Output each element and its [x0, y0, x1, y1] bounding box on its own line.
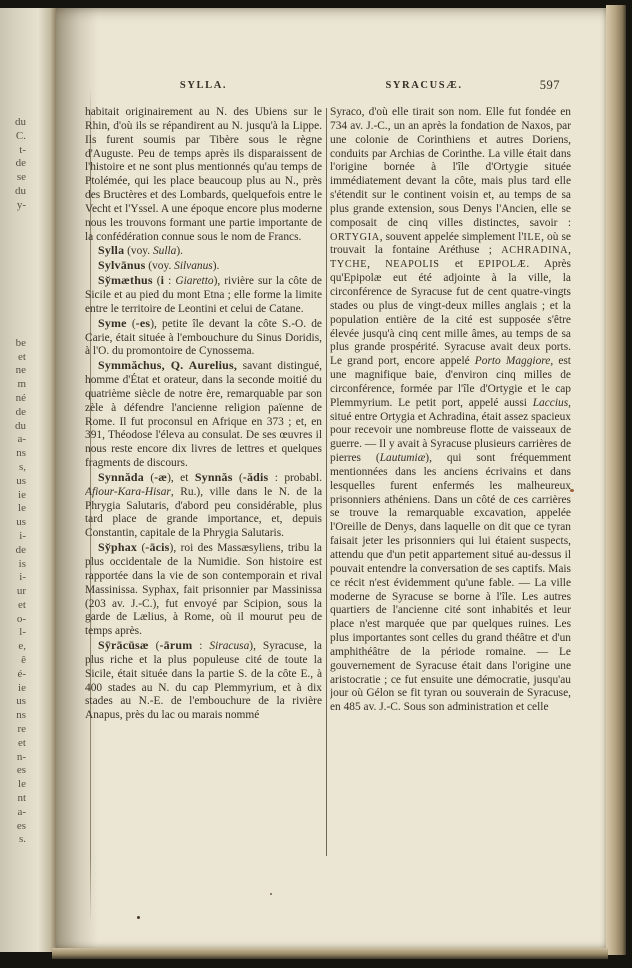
cut-off-text-fragment: de — [0, 157, 26, 171]
page-header: SYLLA. SYRACUSÆ. 597 — [85, 80, 572, 96]
paragraph: Sȳrācūsæ (-ārum : Siracusa), Syracuse, l… — [85, 639, 322, 723]
cut-off-text-fragment: re — [0, 723, 26, 737]
cut-off-text-fragment — [0, 213, 26, 227]
cut-off-text-fragment: le — [0, 778, 26, 792]
cut-off-text-fragment: i- — [0, 571, 26, 585]
previous-page-edge: duC.t-deseduy- beetnemnédedua-nss,usiele… — [0, 8, 56, 952]
cut-off-text-fragment: be — [0, 337, 26, 351]
cut-off-text-fragment: l- — [0, 626, 26, 640]
cut-off-text-fragment: y- — [0, 199, 26, 213]
cut-off-text-fragment: de — [0, 544, 26, 558]
page-number: 597 — [540, 78, 560, 93]
cut-off-text-fragment: t- — [0, 144, 26, 158]
cut-off-text-fragment: du — [0, 185, 26, 199]
cut-off-text-fragment — [0, 295, 26, 309]
column-divider-rule — [326, 108, 327, 856]
cut-off-text-fragment: o- — [0, 613, 26, 627]
cut-off-text-fragment: le — [0, 502, 26, 516]
cut-off-text-fragment: ns — [0, 447, 26, 461]
cut-off-text-fragment: a- — [0, 433, 26, 447]
cut-off-text-fragment: C. — [0, 130, 26, 144]
text-columns: habitait originairement au N. des Ubiens… — [85, 106, 571, 856]
cut-off-text-fragment: a- — [0, 806, 26, 820]
cut-off-text-fragment: ne — [0, 364, 26, 378]
cut-off-text-fragment: du — [0, 420, 26, 434]
paper-speck — [270, 893, 272, 895]
scanned-book-photo: duC.t-deseduy- beetnemnédedua-nss,usiele… — [0, 0, 632, 968]
cut-off-text-fragment: ur — [0, 585, 26, 599]
cut-off-text-fragment: se — [0, 171, 26, 185]
paragraph: Sy̆phax (-ācis), roi des Massæsyliens, t… — [85, 541, 322, 639]
page-stack-edge-bottom — [52, 948, 608, 959]
cut-off-text-fragment: ê — [0, 654, 26, 668]
cut-off-text-fragment: us — [0, 516, 26, 530]
cut-off-text-fragment: us — [0, 695, 26, 709]
cut-off-text-fragment: s, — [0, 461, 26, 475]
paragraph: Sy̆mæthus (i : Giaretto), rivière sur la… — [85, 274, 322, 317]
running-title-right: SYRACUSÆ. — [331, 80, 517, 91]
cut-off-text-fragment — [0, 282, 26, 296]
running-title-left: SYLLA. — [85, 80, 322, 91]
paragraph: Symmăchus, Q. Aurelius, savant distingué… — [85, 359, 322, 471]
cut-off-text-fragment: de — [0, 406, 26, 420]
paragraph: Syraco, d'où elle tirait son nom. Elle f… — [330, 106, 571, 715]
paragraph: Synnăda (-æ), et Synnăs (-ădis : probabl… — [85, 471, 322, 541]
text-column-left: habitait originairement au N. des Ubiens… — [85, 106, 322, 854]
cut-off-text-fragment — [0, 240, 26, 254]
cut-off-text-fragment: i- — [0, 530, 26, 544]
cut-off-text-fragment — [0, 309, 26, 323]
cut-off-text-fragment — [0, 226, 26, 240]
cut-off-text-fragment: du — [0, 116, 26, 130]
cut-off-text-fragment: et — [0, 737, 26, 751]
paper-speck — [570, 489, 574, 492]
paragraph: Syme (-es), petite île devant la côte S.… — [85, 317, 322, 360]
cut-off-text-fragment: é- — [0, 668, 26, 682]
cut-off-text-fragment: nt — [0, 792, 26, 806]
cut-off-text-fragment — [0, 323, 26, 337]
cut-off-text-fragment: es — [0, 764, 26, 778]
paragraph: Sylvānus (voy. Silvanus). — [85, 259, 322, 274]
cut-off-text-fragment: né — [0, 392, 26, 406]
cut-off-text-fragment: ie — [0, 682, 26, 696]
previous-page-text-fragments: duC.t-deseduy- beetnemnédedua-nss,usiele… — [0, 116, 26, 861]
page-stack-edge-right — [606, 5, 626, 955]
book-page: SYLLA. SYRACUSÆ. 597 habitait originaire… — [56, 8, 606, 948]
cut-off-text-fragment — [0, 268, 26, 282]
paragraph: Sylla (voy. Sulla). — [85, 244, 322, 259]
cut-off-text-fragment — [0, 847, 26, 861]
text-column-right: Syraco, d'où elle tirait son nom. Elle f… — [330, 106, 571, 854]
cut-off-text-fragment: e, — [0, 640, 26, 654]
cut-off-text-fragment: ie — [0, 489, 26, 503]
cut-off-text-fragment: m — [0, 378, 26, 392]
cut-off-text-fragment: es — [0, 820, 26, 834]
cut-off-text-fragment: et — [0, 599, 26, 613]
cut-off-text-fragment: n- — [0, 751, 26, 765]
cut-off-text-fragment: ns — [0, 709, 26, 723]
cut-off-text-fragment: is — [0, 558, 26, 572]
paper-speck — [137, 916, 140, 919]
cut-off-text-fragment: et — [0, 351, 26, 365]
paragraph: habitait originairement au N. des Ubiens… — [85, 106, 322, 244]
cut-off-text-fragment: s. — [0, 833, 26, 847]
cut-off-text-fragment — [0, 254, 26, 268]
cut-off-text-fragment: us — [0, 475, 26, 489]
